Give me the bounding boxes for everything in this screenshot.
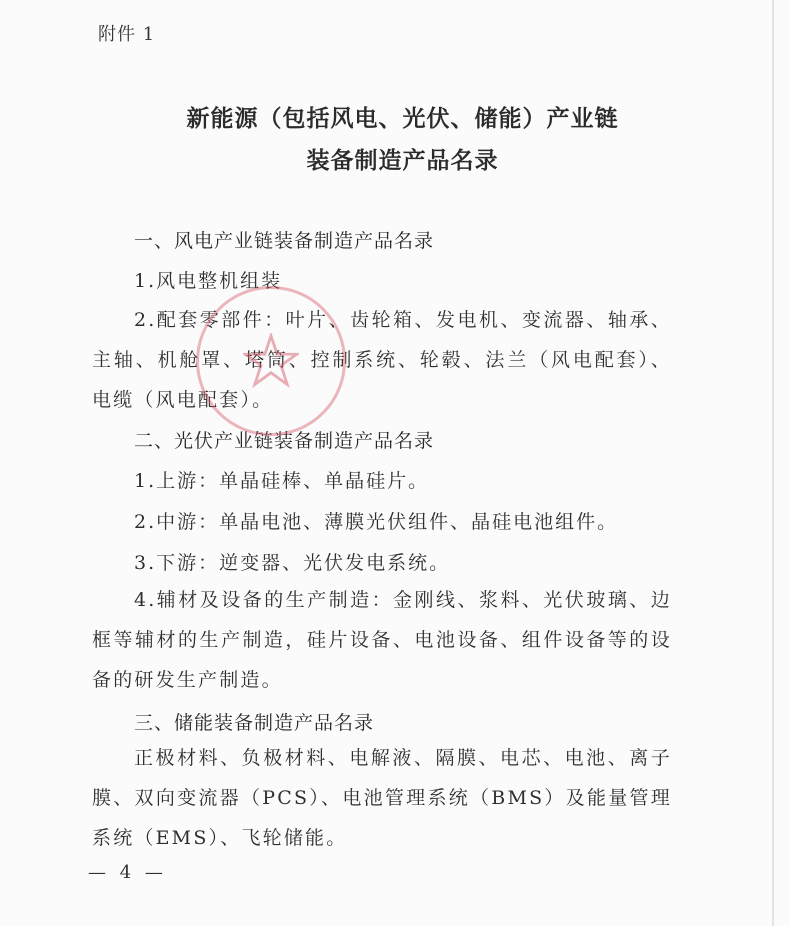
list-item-pv-upstream: 1.上游：单晶硅棒、单晶硅片。 — [134, 466, 429, 493]
paragraph-energy-storage: 正极材料、负极材料、电解液、隔膜、电芯、电池、离子膜、双向变流器（PCS）、电池… — [92, 738, 672, 858]
list-item-storage-products: 正极材料、负极材料、电解液、隔膜、电芯、电池、离子膜、双向变流器（PCS）、电池… — [92, 738, 672, 858]
list-item-wind-2: 2.配套零部件：叶片、齿轮箱、发电机、变流器、轴承、主轴、机舱罩、塔筒、控制系统… — [92, 300, 672, 420]
list-item-pv-auxiliary: 4.辅材及设备的生产制造：金刚线、浆料、光伏玻璃、边框等辅材的生产制造，硅片设备… — [92, 580, 672, 700]
document-title-line-2: 装备制造产品名录 — [8, 142, 789, 175]
paragraph-pv-auxiliary: 4.辅材及设备的生产制造：金刚线、浆料、光伏玻璃、边框等辅材的生产制造，硅片设备… — [92, 580, 672, 700]
list-item-pv-midstream: 2.中游：单晶电池、薄膜光伏组件、晶硅电池组件。 — [134, 507, 618, 534]
attachment-label: 附件 1 — [98, 20, 155, 46]
page-number: — 4 — — [88, 862, 167, 883]
list-item-pv-downstream: 3.下游：逆变器、光伏发电系统。 — [134, 548, 450, 575]
section-heading-photovoltaic: 二、光伏产业链装备制造产品名录 — [134, 426, 434, 453]
page-edge-line — [772, 0, 774, 926]
list-item-wind-1: 1.风电整机组装 — [134, 266, 282, 293]
section-heading-energy-storage: 三、储能装备制造产品名录 — [134, 708, 374, 735]
document-title-line-1: 新能源（包括风电、光伏、储能）产业链 — [8, 100, 789, 133]
section-heading-wind: 一、风电产业链装备制造产品名录 — [134, 226, 434, 253]
paragraph-wind-components: 2.配套零部件：叶片、齿轮箱、发电机、变流器、轴承、主轴、机舱罩、塔筒、控制系统… — [92, 300, 672, 420]
